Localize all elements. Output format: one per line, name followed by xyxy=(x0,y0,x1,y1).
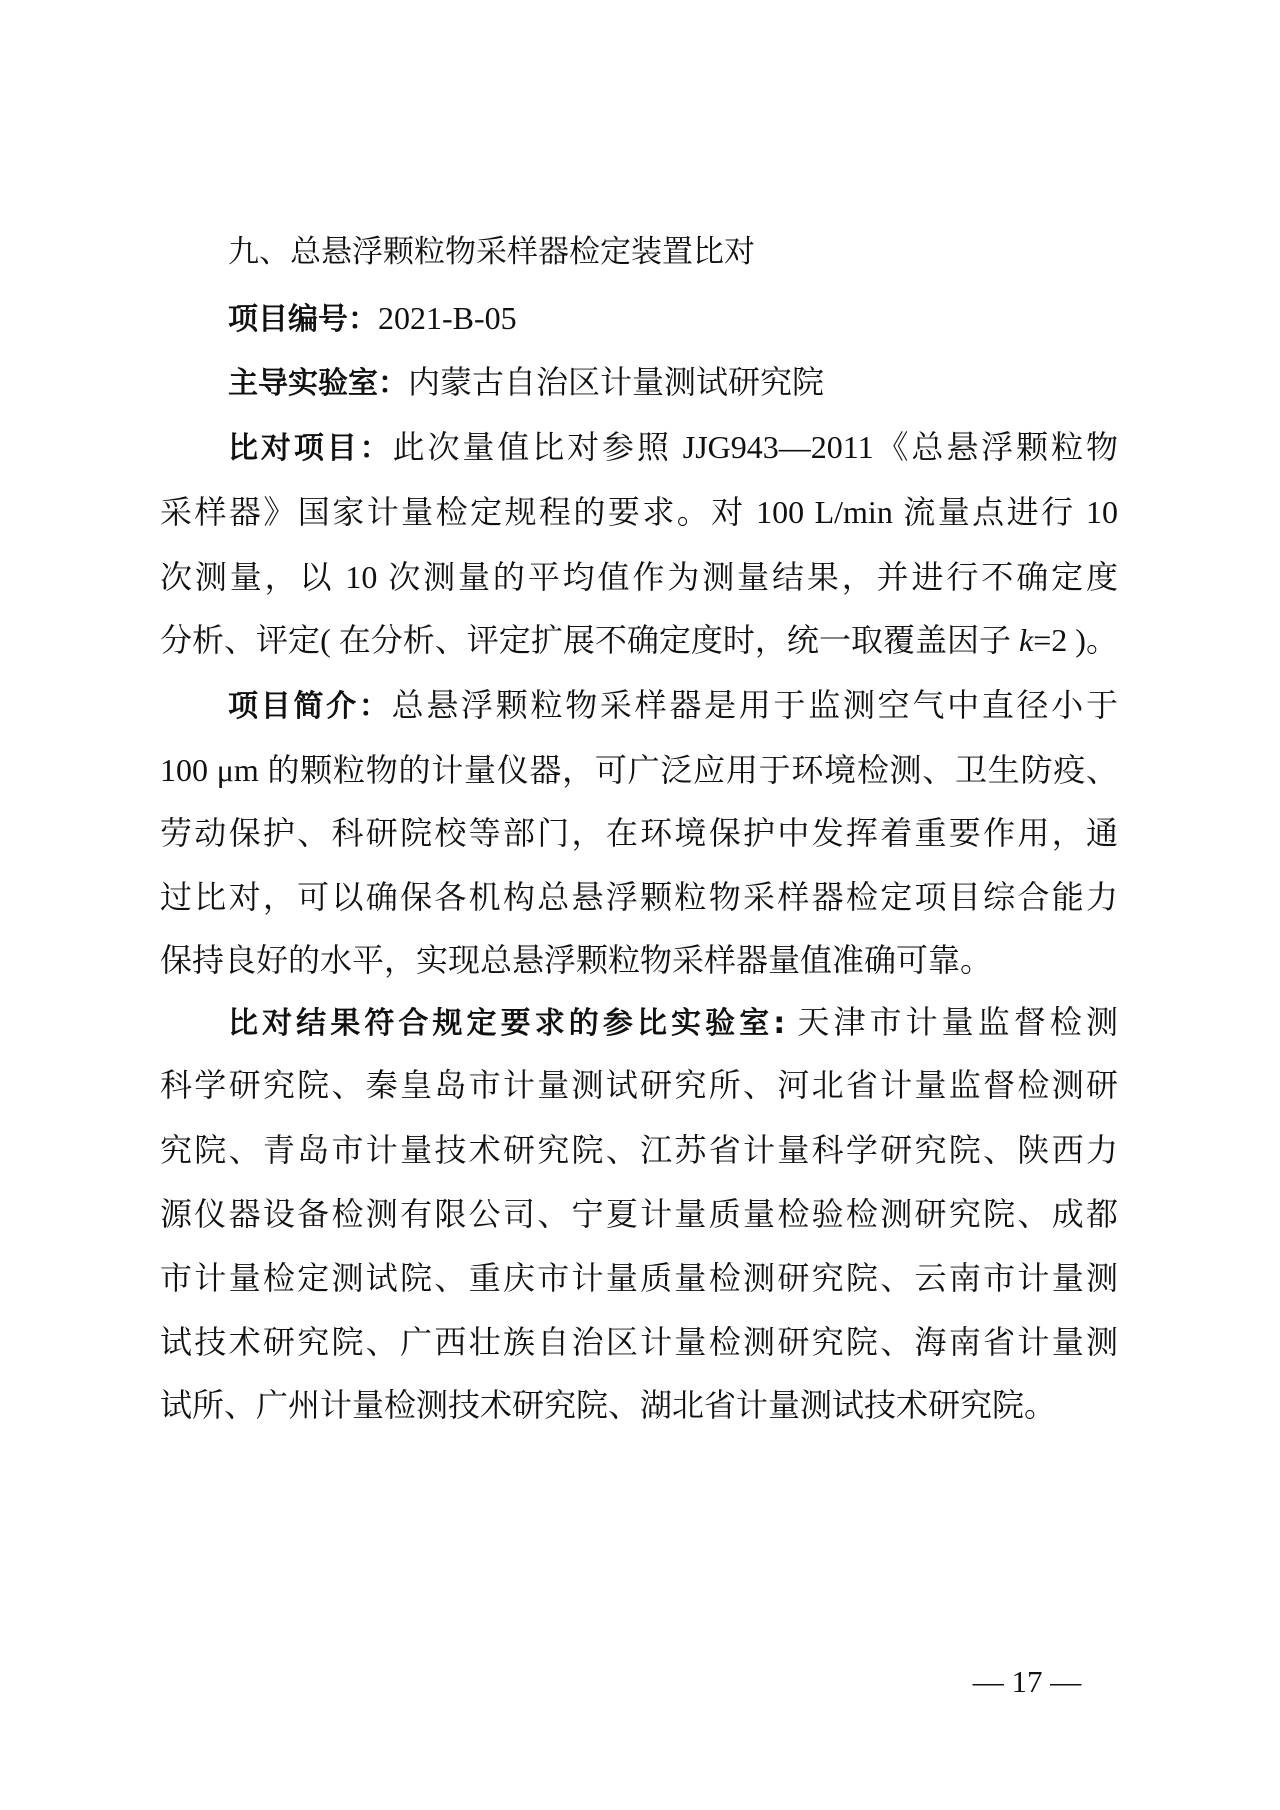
qualified-labs-line-5: 市计量检定测试院、重庆市计量质量检测研究院、云南市计量测 xyxy=(160,1246,1118,1310)
project-intro-text: 总悬浮颗粒物采样器是用于监测空气中直径小于 xyxy=(392,687,1118,723)
project-intro-line-4: 过比对，可以确保各机构总悬浮颗粒物采样器检定项目综合能力 xyxy=(160,865,1118,929)
project-number-label: 项目编号： xyxy=(228,302,378,337)
comparison-item-line-2: 采样器》国家计量检定规程的要求。对 100 L/min 流量点进行 10 xyxy=(160,480,1118,544)
project-intro-line-1: 项目简介：总悬浮颗粒物采样器是用于监测空气中直径小于 xyxy=(228,673,1118,737)
project-number-line: 项目编号：2021-B-05 xyxy=(228,286,1118,350)
qualified-labs-line-2: 科学研究院、秦皇岛市计量测试研究所、河北省计量监督检测研 xyxy=(160,1053,1118,1117)
qualified-labs-line-7: 试所、广州计量检测技术研究院、湖北省计量测试技术研究院。 xyxy=(160,1373,1118,1437)
document-page: 九、总悬浮颗粒物采样器检定装置比对 项目编号：2021-B-05 主导实验室：内… xyxy=(0,0,1280,1810)
qualified-labs-line-1: 比对结果符合规定要求的参比实验室: 天津市计量监督检测 xyxy=(228,990,1118,1054)
comparison-item-line-4: 分析、评定( 在分析、评定扩展不确定度时，统一取覆盖因子 k=2 )。 xyxy=(160,608,1118,672)
section-heading: 九、总悬浮颗粒物采样器检定装置比对 xyxy=(228,220,1118,284)
comparison-item-label: 比对项目： xyxy=(228,431,393,466)
project-intro-line-2: 100 μm 的颗粒物的计量仪器，可广泛应用于环境检测、卫生防疫、 xyxy=(160,738,1118,802)
qualified-labs-label: 比对结果符合规定要求的参比实验室: xyxy=(228,1006,785,1041)
coverage-factor-symbol: k xyxy=(1019,622,1033,658)
project-number-value: 2021-B-05 xyxy=(378,300,517,336)
lead-lab-label: 主导实验室： xyxy=(228,366,408,401)
lead-lab-value: 内蒙古自治区计量测试研究院 xyxy=(408,364,824,400)
project-intro-line-5: 保持良好的水平，实现总悬浮颗粒物采样器量值准确可靠。 xyxy=(160,928,1118,992)
comparison-item-line-1: 比对项目：此次量值比对参照 JJG943—2011《总悬浮颗粒物 xyxy=(228,415,1118,479)
qualified-labs-line-6: 试技术研究院、广西壮族自治区计量检测研究院、海南省计量测 xyxy=(160,1310,1118,1374)
page-number: — 17 — xyxy=(960,1660,1094,1704)
project-intro-line-3: 劳动保护、科研院校等部门，在环境保护中发挥着重要作用，通 xyxy=(160,801,1118,865)
qualified-labs-line-4: 源仪器设备检测有限公司、宁夏计量质量检验检测研究院、成都 xyxy=(160,1182,1118,1246)
lead-lab-line: 主导实验室：内蒙古自治区计量测试研究院 xyxy=(228,350,1118,414)
coverage-factor-value: =2 )。 xyxy=(1033,622,1118,658)
qualified-labs-text: 天津市计量监督检测 xyxy=(785,1004,1118,1040)
comparison-item-text: 此次量值比对参照 JJG943—2011《总悬浮颗粒物 xyxy=(393,429,1118,465)
qualified-labs-line-3: 究院、青岛市计量技术研究院、江苏省计量科学研究院、陕西力 xyxy=(160,1118,1118,1182)
project-intro-label: 项目简介： xyxy=(228,689,392,724)
comparison-item-text: 分析、评定( 在分析、评定扩展不确定度时，统一取覆盖因子 xyxy=(160,622,1019,658)
comparison-item-line-3: 次测量，以 10 次测量的平均值作为测量结果，并进行不确定度 xyxy=(160,545,1118,609)
